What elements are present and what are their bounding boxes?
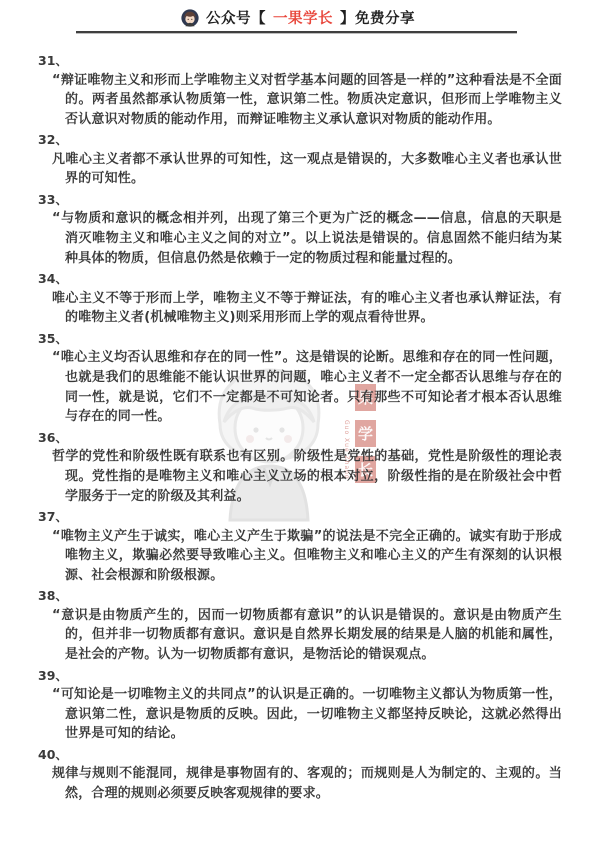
header-prefix: 公众号【 bbox=[206, 7, 266, 28]
note-item-number: 31、 bbox=[38, 51, 562, 71]
header-suffix: 】免费分享 bbox=[340, 7, 415, 28]
note-item-text: “意识是由物质产生的，因而一切物质都有意识”的认识是错误的。意识是由物质产生的，… bbox=[65, 606, 562, 665]
note-item-number: 36、 bbox=[38, 428, 562, 448]
note-item: 35、 “唯心主义均否认思维和存在的同一性”。这是错误的论断。思维和存在的同一性… bbox=[38, 329, 562, 427]
note-item-text: “唯物主义产生于诚实，唯心主义产生于欺骗”的说法是不完全正确的。诚实有助于形成唯… bbox=[65, 527, 562, 586]
note-item-text: 哲学的党性和阶级性既有联系也有区别。阶级性是党性的基础，党性是阶级性的理论表现。… bbox=[65, 447, 562, 506]
note-item-number: 39、 bbox=[38, 666, 562, 686]
note-item-text: “辩证唯物主义和形而上学唯物主义对哲学基本问题的回答是一样的”这种看法是不全面的… bbox=[65, 71, 562, 130]
note-item-text: “可知论是一切唯物主义的共同点”的认识是正确的。一切唯物主义都认为物质第一性，意… bbox=[65, 685, 562, 744]
brand-avatar-icon bbox=[181, 9, 199, 27]
note-item: 31、 “辩证唯物主义和形而上学唯物主义对哲学基本问题的回答是一样的”这种看法是… bbox=[38, 51, 562, 129]
note-item: 39、 “可知论是一切唯物主义的共同点”的认识是正确的。一切唯物主义都认为物质第… bbox=[38, 666, 562, 744]
note-item-number: 35、 bbox=[38, 329, 562, 349]
header-brand: 一果学长 bbox=[273, 7, 333, 28]
note-item-number: 38、 bbox=[38, 586, 562, 606]
note-item-number: 34、 bbox=[38, 269, 562, 289]
notes-list: 31、 “辩证唯物主义和形而上学唯物主义对哲学基本问题的回答是一样的”这种看法是… bbox=[38, 51, 562, 805]
note-item: 34、 唯心主义不等于形而上学，唯物主义不等于辩证法，有的唯心主义者也承认辩证法… bbox=[38, 269, 562, 328]
note-item-text: “与物质和意识的概念相并列，出现了第三个更为广泛的概念——信息，信息的天职是消灭… bbox=[65, 209, 562, 268]
note-item-number: 32、 bbox=[38, 130, 562, 150]
note-item: 32、 凡唯心主义者都不承认世界的可知性，这一观点是错误的，大多数唯心主义者也承… bbox=[38, 130, 562, 189]
note-item-number: 37、 bbox=[38, 507, 562, 527]
note-item-text: 规律与规则不能混同，规律是事物固有的、客观的；而规则是人为制定的、主观的。当然，… bbox=[65, 764, 562, 803]
note-item: 38、 “意识是由物质产生的，因而一切物质都有意识”的认识是错误的。意识是由物质… bbox=[38, 586, 562, 664]
header-divider bbox=[76, 31, 517, 34]
note-item-text: 唯心主义不等于形而上学，唯物主义不等于辩证法，有的唯心主义者也承认辩证法，有的唯… bbox=[65, 289, 562, 328]
page-header: 公众号【一果学长】免费分享 bbox=[0, 7, 596, 28]
note-item: 40、 规律与规则不能混同，规律是事物固有的、客观的；而规则是人为制定的、主观的… bbox=[38, 745, 562, 804]
document-page: 公众号【一果学长】免费分享 果 学 长 Guo Xue Zha bbox=[0, 0, 596, 842]
note-item-text: 凡唯心主义者都不承认世界的可知性，这一观点是错误的，大多数唯心主义者也承认世界的… bbox=[65, 150, 562, 189]
note-item-number: 33、 bbox=[38, 190, 562, 210]
note-item: 33、 “与物质和意识的概念相并列，出现了第三个更为广泛的概念——信息，信息的天… bbox=[38, 190, 562, 268]
note-item-text: “唯心主义均否认思维和存在的同一性”。这是错误的论断。思维和存在的同一性问题，也… bbox=[65, 348, 562, 426]
note-item: 37、 “唯物主义产生于诚实，唯心主义产生于欺骗”的说法是不完全正确的。诚实有助… bbox=[38, 507, 562, 585]
note-item-number: 40、 bbox=[38, 745, 562, 765]
note-item: 36、 哲学的党性和阶级性既有联系也有区别。阶级性是党性的基础，党性是阶级性的理… bbox=[38, 428, 562, 506]
